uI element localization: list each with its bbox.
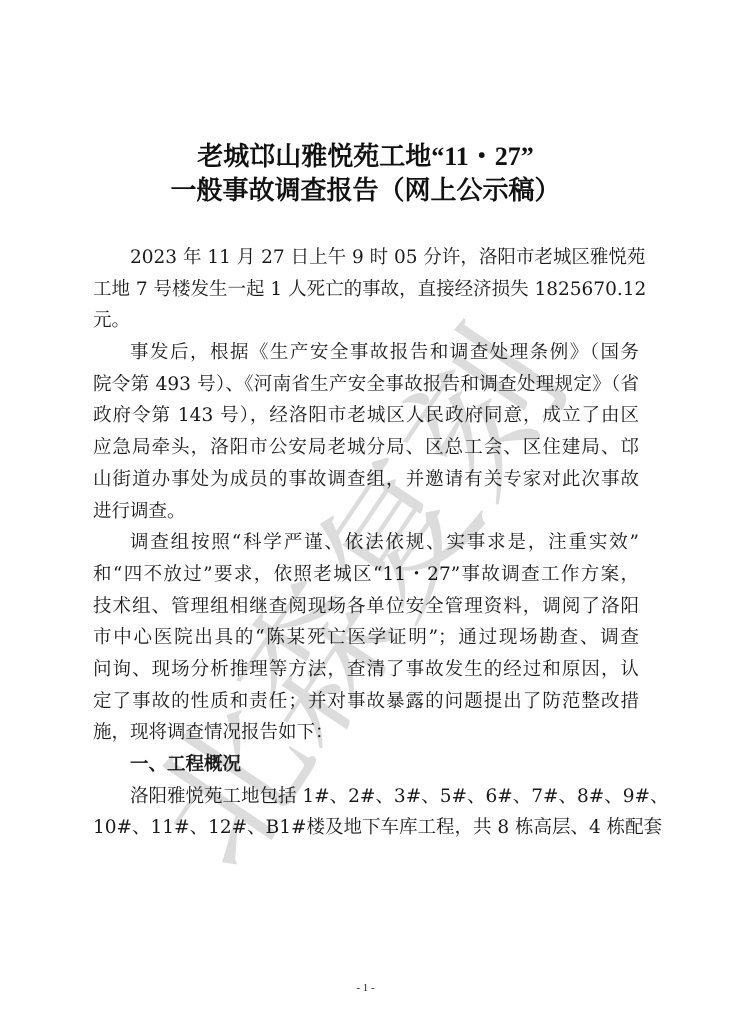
paragraph-3-line: 和“四不放过”要求，依照老城区“11・27”事故调查工作方案，: [93, 559, 639, 591]
document-title-line-2: 一般事故调查报告（网上公示稿）: [0, 170, 731, 207]
page-number: - 1 -: [0, 982, 731, 994]
paragraph-2-line: 院令第 493 号）、《河南省生产安全事故报告和调查处理规定》（省: [93, 369, 639, 401]
section-heading: 一、工程概况: [93, 749, 639, 781]
paragraph-3-line: 施，现将调查情况报告如下：: [93, 717, 639, 749]
paragraph-2-line: 事发后，根据《生产安全事故报告和调查处理条例》（国务: [93, 337, 639, 369]
paragraph-3-line: 调查组按照“科学严谨、依法依规、实事求是，注重实效”: [93, 527, 639, 559]
paragraph-2-line: 山街道办事处为成员的事故调查组，并邀请有关专家对此次事故: [93, 464, 639, 496]
section-paragraph-line: 10#、11#、12#、B1#楼及地下车库工程，共 8 栋高层、4 栋配套: [93, 812, 639, 844]
paragraph-3-line: 市中心医院出具的“陈某死亡医学证明”；通过现场勘查、调查: [93, 622, 639, 654]
paragraph-1-line: 元。: [93, 305, 639, 337]
paragraph-3-line: 问询、现场分析推理等方法，查清了事故发生的经过和原因，认: [93, 654, 639, 686]
paragraph-3-line: 技术组、管理组相继查阅现场各单位安全管理资料，调阅了洛阳: [93, 591, 639, 623]
document-title-line-1: 老城邙山雅悦苑工地“11・27”: [0, 136, 731, 173]
paragraph-1-line: 工地 7 号楼发生一起 1 人死亡的事故，直接经济损失 1825670.12: [93, 274, 639, 306]
document-page: 北森复刻 老城邙山雅悦苑工地“11・27” 一般事故调查报告（网上公示稿） 20…: [0, 0, 731, 1036]
paragraph-2-line: 进行调查。: [93, 496, 639, 528]
paragraph-1-line: 2023 年 11 月 27 日上午 9 时 05 分许，洛阳市老城区雅悦苑: [93, 242, 639, 274]
section-paragraph-line: 洛阳雅悦苑工地包括 1#、2#、3#、5#、6#、7#、8#、9#、: [93, 781, 639, 813]
paragraph-3-line: 定了事故的性质和责任；并对事故暴露的问题提出了防范整改措: [93, 686, 639, 718]
paragraph-2-line: 政府令第 143 号），经洛阳市老城区人民政府同意，成立了由区: [93, 400, 639, 432]
document-body: 2023 年 11 月 27 日上午 9 时 05 分许，洛阳市老城区雅悦苑 工…: [93, 242, 639, 844]
paragraph-2-line: 应急局牵头，洛阳市公安局老城分局、区总工会、区住建局、邙: [93, 432, 639, 464]
